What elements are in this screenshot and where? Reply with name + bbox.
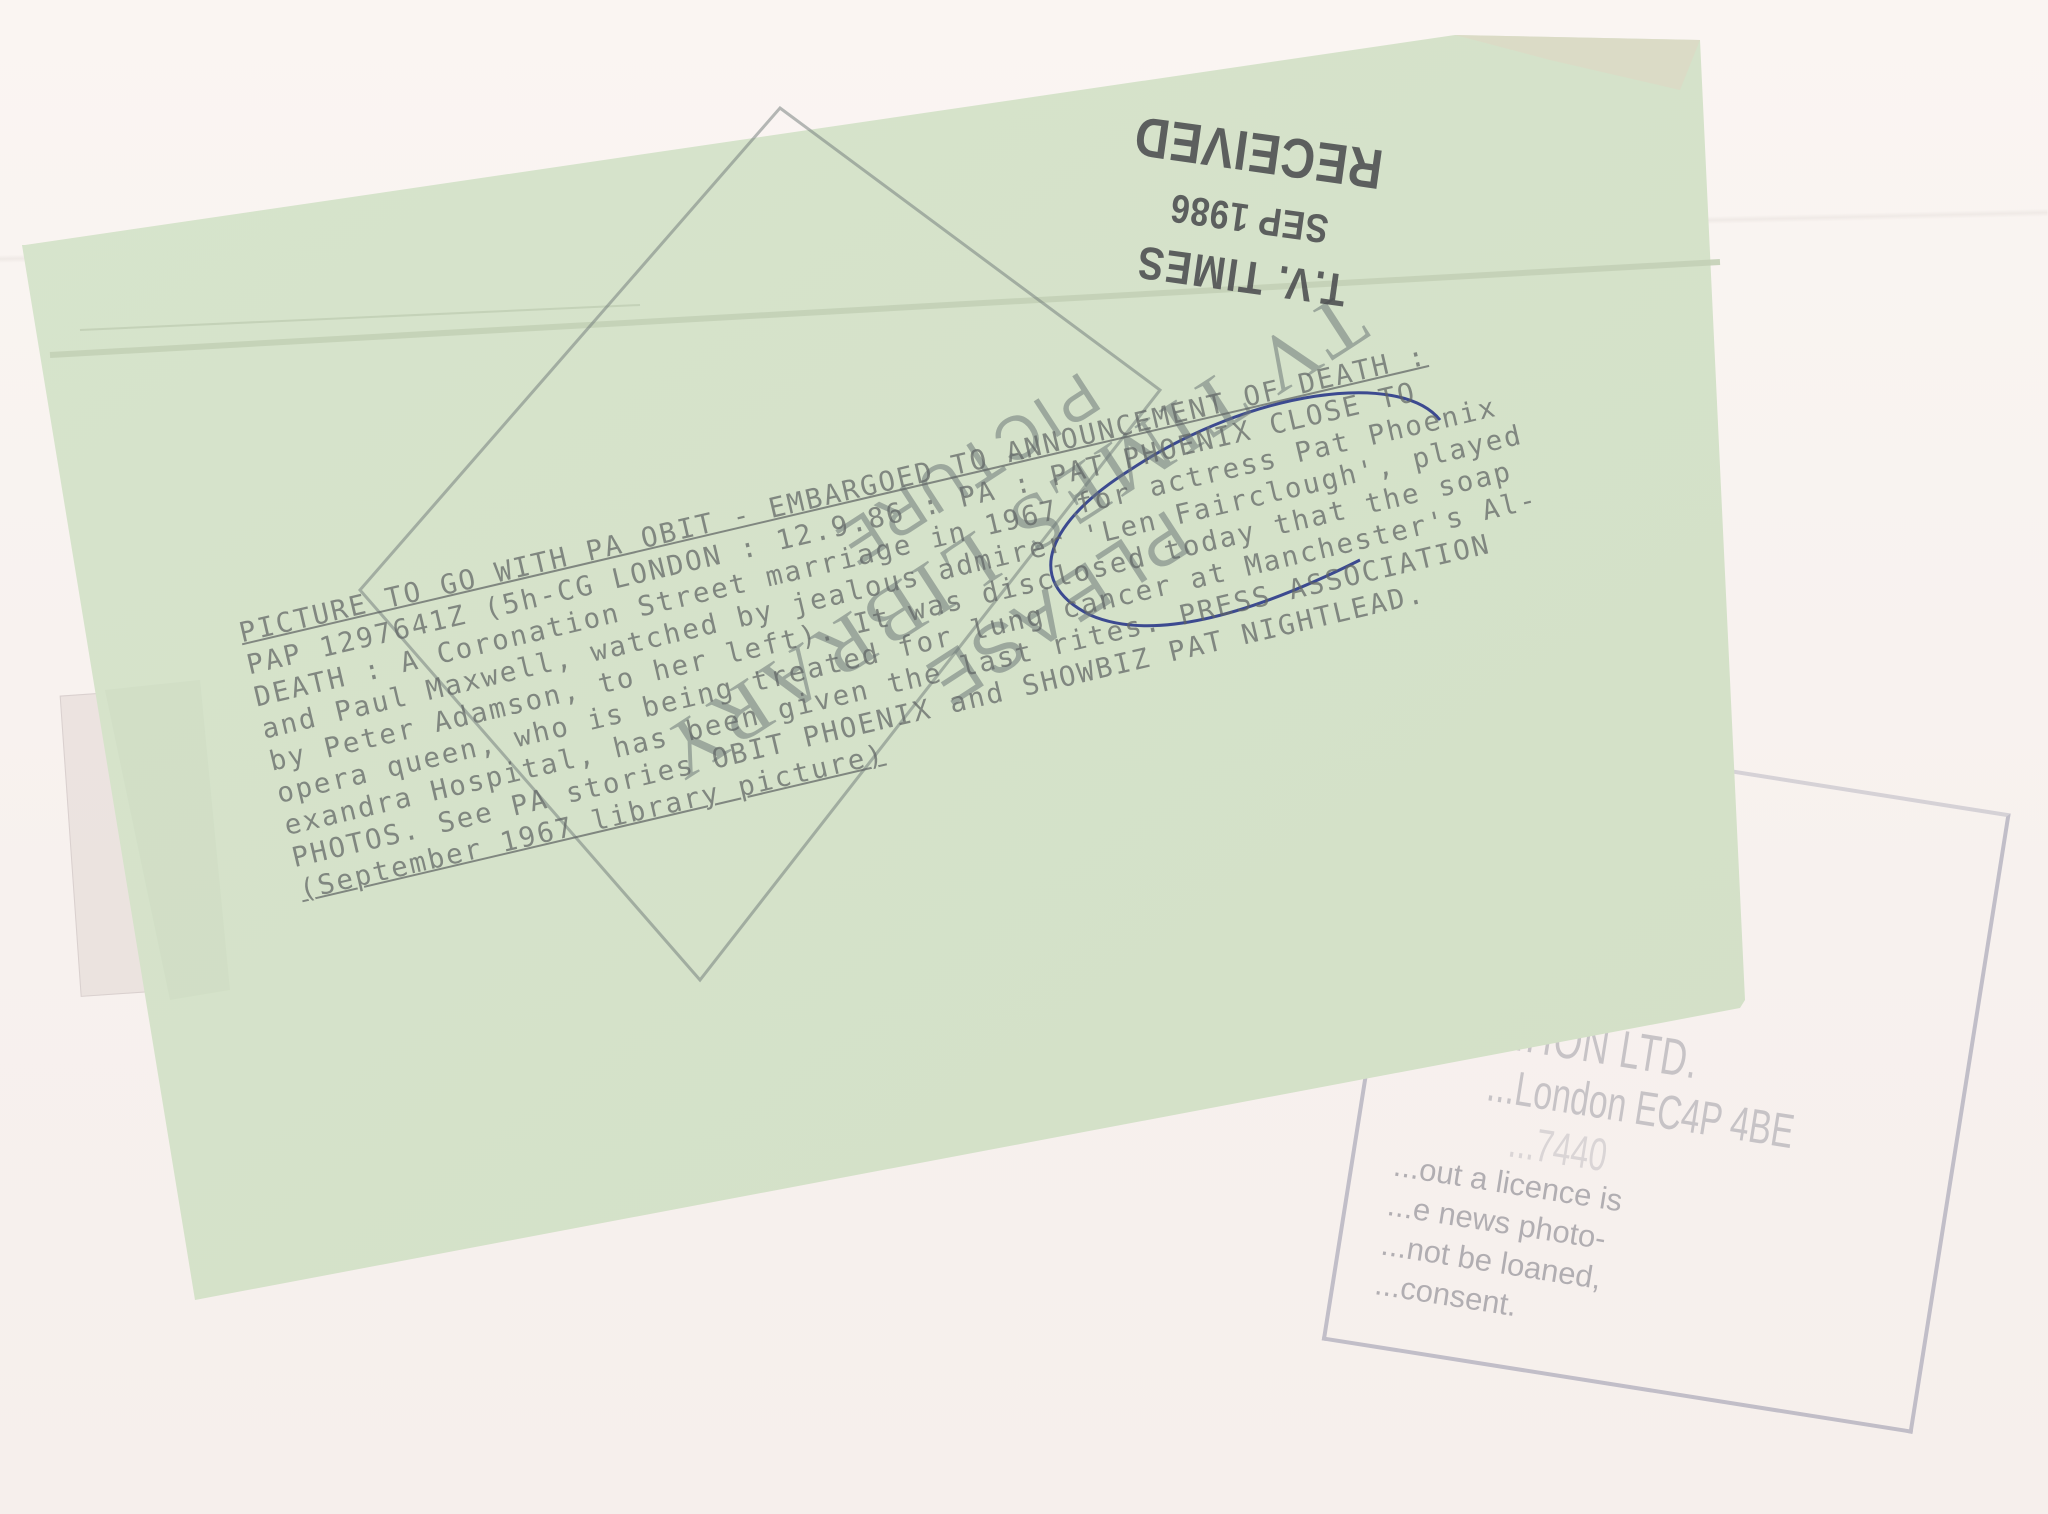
adhesive-tape [60, 685, 233, 997]
agency-licence-notice: ...out a licence is ...e news photo- ...… [1372, 1146, 1625, 1340]
agency-copyright-stamp: ...ATION LTD. ...London EC4P 4BE ...7440… [1322, 720, 2011, 1434]
